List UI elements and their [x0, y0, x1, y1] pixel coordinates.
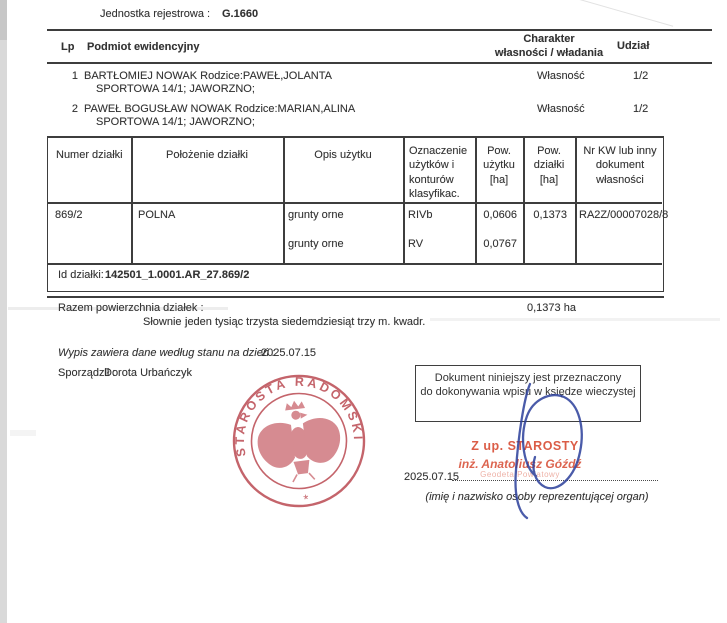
owner-lp: 1	[64, 70, 78, 83]
in-words-value: jeden tysiąc trzysta siedemdziesiąt trzy…	[185, 316, 425, 329]
stamp-star: *	[303, 491, 310, 507]
parcels-header-marking: Oznaczenie użytków i konturów klasyfikac…	[409, 144, 471, 201]
eagle-emblem-icon	[253, 396, 345, 486]
as-of-label: Wypis zawiera dane według stanu na dzień…	[58, 347, 275, 360]
as-of-date: 2025.07.15	[261, 347, 316, 360]
scan-smudge	[430, 318, 720, 321]
scan-artifact-diagonal	[577, 0, 673, 27]
parcels-header-use-area: Pow. użytku [ha]	[476, 144, 522, 187]
total-area-value: 0,1373 ha	[527, 302, 576, 315]
signature-caption: (imię i nazwisko osoby reprezentującej o…	[407, 491, 667, 504]
parcel-class-1: RIVb	[408, 209, 432, 222]
authorization-line2: inż. Anatoliusz Góźdź	[430, 457, 610, 471]
owner-lp: 2	[64, 103, 78, 116]
owner-share: 1/2	[633, 103, 648, 116]
table-data-rule	[48, 263, 662, 265]
owners-header-subject: Podmiot ewidencyjny	[87, 41, 199, 54]
owner-name: PAWEŁ BOGUSŁAW NOWAK Rodzice:MARIAN,ALIN…	[84, 103, 355, 116]
scan-smudge	[10, 430, 36, 436]
parcel-class-2: RV	[408, 238, 423, 251]
signature-dotted-line	[452, 471, 658, 481]
parcels-header-parcel-area: Pow. działki [ha]	[524, 144, 574, 187]
stamp-inner-ring	[246, 388, 352, 494]
owners-header-share: Udział	[617, 40, 649, 53]
table-column-line	[403, 138, 405, 263]
prepared-by-name: Dorota Urbańczyk	[104, 367, 192, 380]
owners-header-character-line2: własności / władania	[494, 47, 604, 60]
authorization-line1: Z up. STAROSTY	[450, 439, 600, 453]
parcel-use-area-2: 0,0767	[475, 238, 517, 251]
scan-edge-corner	[0, 0, 7, 40]
parcel-use-area-1: 0,0606	[475, 209, 517, 222]
owners-header-character-line1: Charakter	[494, 33, 604, 46]
owner-name: BARTŁOMIEJ NOWAK Rodzice:PAWEŁ,JOLANTA	[84, 70, 332, 83]
owners-table-top-rule	[47, 29, 712, 31]
owner-address: SPORTOWA 14/1; JAWORZNO;	[96, 116, 255, 129]
purpose-box-line1: Dokument niniejszy jest przeznaczony	[416, 371, 640, 385]
parcels-header-use: Opis użytku	[283, 149, 403, 162]
owner-address: SPORTOWA 14/1; JAWORZNO;	[96, 83, 255, 96]
in-words-label: Słownie :	[143, 316, 188, 329]
parcel-id-value: 142501_1.0001.AR_27.869/2	[105, 269, 249, 282]
parcel-location: POLNA	[138, 209, 175, 222]
registry-unit-value: G.1660	[222, 8, 258, 21]
total-area-label: Razem powierzchnia działek :	[58, 302, 204, 315]
owner-character: Własność	[537, 70, 585, 83]
owner-character: Własność	[537, 103, 585, 116]
signature-date: 2025.07.15	[404, 471, 459, 484]
scan-edge-left	[0, 0, 7, 623]
scanned-document-page: Jednostka rejestrowa : G.1660 Lp Podmiot…	[0, 0, 727, 623]
parcels-header-location: Położenie działki	[131, 149, 283, 162]
parcel-number: 869/2	[55, 209, 83, 222]
summary-rule	[47, 296, 664, 298]
parcel-area: 0,1373	[523, 209, 567, 222]
parcel-use-1: grunty orne	[288, 209, 344, 222]
stamp-curved-text: STAROSTA RADOMSKI	[225, 367, 366, 458]
owners-header-lp: Lp	[61, 41, 74, 54]
owners-table-header-rule	[47, 62, 712, 64]
stamp-outer-ring	[227, 369, 372, 514]
table-header-rule	[48, 202, 662, 204]
purpose-box: Dokument niniejszy jest przeznaczony do …	[415, 365, 641, 422]
parcels-table: Numer działki Położenie działki Opis uży…	[47, 136, 664, 292]
table-column-line	[575, 138, 577, 263]
owner-share: 1/2	[633, 70, 648, 83]
parcel-use-2: grunty orne	[288, 238, 344, 251]
registry-unit-label: Jednostka rejestrowa :	[100, 8, 210, 21]
official-round-stamp: STAROSTA RADOMSKI *	[225, 367, 373, 514]
parcels-header-number: Numer działki	[56, 149, 123, 162]
parcel-id-label: Id działki:	[58, 269, 104, 282]
purpose-box-line2: do dokonywania wpisu w księdze wieczyste…	[416, 385, 640, 399]
parcel-kw-number: RA2Z/00007028/8	[579, 209, 668, 222]
parcels-header-kw: Nr KW lub inny dokument własności	[578, 144, 662, 187]
